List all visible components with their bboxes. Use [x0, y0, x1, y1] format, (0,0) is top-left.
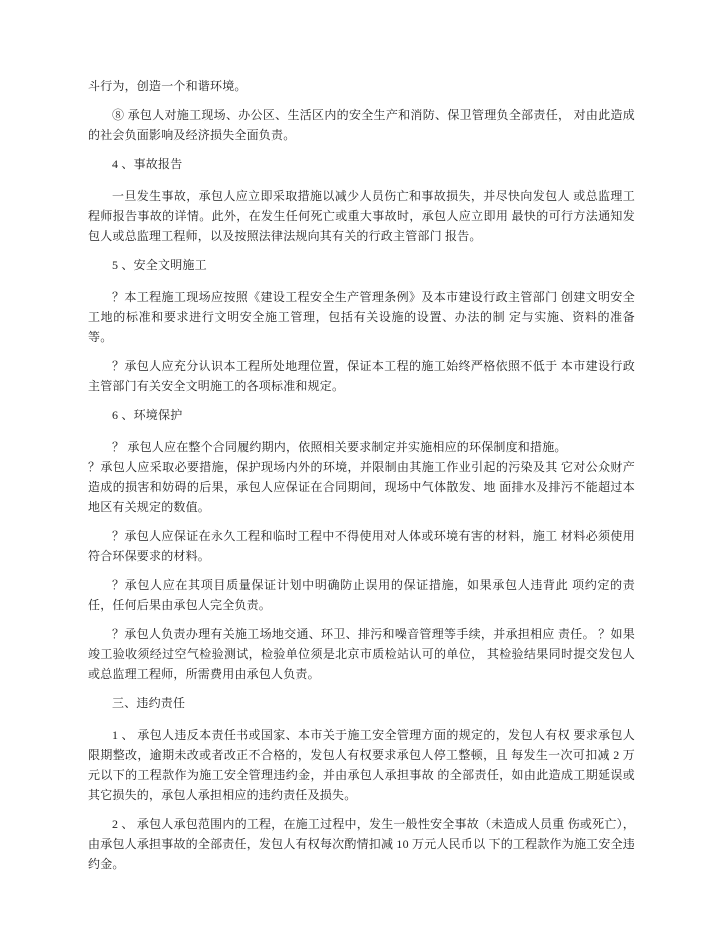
paragraph-env-measures: ？承包人应采取必要措施，保护现场内外的环境，并限制由其施工作业引起的污染及其 它…	[88, 457, 635, 517]
paragraph-harmful-materials: ？承包人应保证在永久工程和临时工程中不得使用对人体或环境有害的材料，施工 材料必…	[88, 526, 635, 566]
section-heading-5-safe-civilized-construction: 5 、安全文明施工	[88, 255, 635, 275]
paragraph-continuation: 斗行为，创造一个和谐环境。	[88, 76, 635, 96]
section-heading-4-accident-report: 4 、事故报告	[88, 154, 635, 174]
document-page: 斗行为，创造一个和谐环境。 ⑧ 承包人对施工现场、办公区、生活区内的安全生产和消…	[0, 0, 720, 932]
paragraph-breach-item-2: 2 、 承包人承包范围内的工程，在施工过程中，发生一般性安全事故（未造成人员重 …	[88, 814, 635, 874]
paragraph-breach-item-1: 1 、 承包人违反本责任书或国家、本市关于施工安全管理方面的规定的，发包人有权 …	[88, 725, 635, 805]
paragraph-location-awareness: ？承包人应充分认识本工程所处地理位置，保证本工程的施工始终严格依照不低于 本市建…	[88, 356, 635, 396]
document-text-block: 斗行为，创造一个和谐环境。 ⑧ 承包人对施工现场、办公区、生活区内的安全生产和消…	[88, 76, 635, 883]
paragraph-quality-assurance: ？承包人应在其项目质量保证计划中明确防止误用的保证措施，如果承包人违背此 项约定…	[88, 575, 635, 615]
paragraph-accident-report: 一旦发生事故，承包人应立即采取措施以减少人员伤亡和事故损失，并尽快向发包人 或总…	[88, 186, 635, 246]
paragraph-site-permits: ？承包人负责办理有关施工场地交通、环卫、排污和噪音管理等手续，并承担相应 责任。…	[88, 624, 635, 684]
section-heading-6-environmental-protection: 6 、环境保护	[88, 405, 635, 425]
paragraph-clause-8: ⑧ 承包人对施工现场、办公区、生活区内的安全生产和消防、保卫管理负全部责任， 对…	[88, 105, 635, 145]
paragraph-env-system: ？ 承包人应在整个合同履约期内，依照相关要求制定并实施相应的环保制度和措施。	[88, 437, 635, 457]
section-heading-breach-liability: 三、违约责任	[88, 693, 635, 713]
paragraph-site-standards: ？本工程施工现场应按照《建设工程安全生产管理条例》及本市建设行政主管部门 创建文…	[88, 287, 635, 347]
